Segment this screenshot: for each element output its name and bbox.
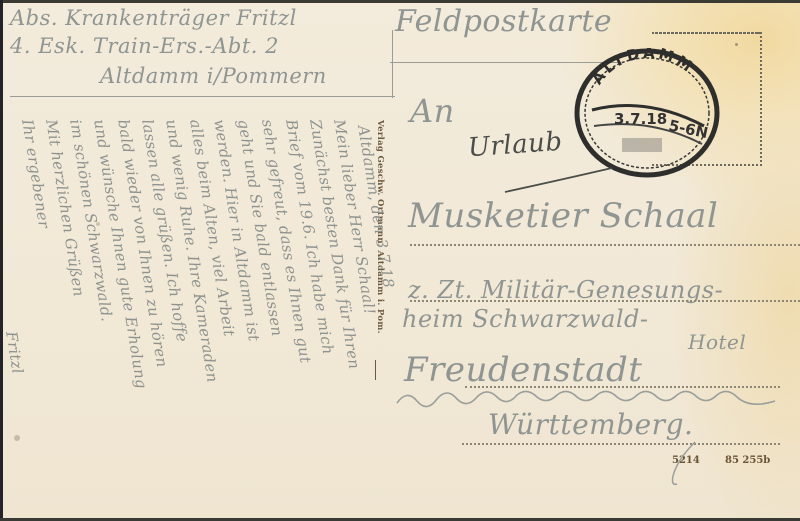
- card-number-right: 85 255b: [725, 455, 770, 466]
- address-line-6: Württemberg.: [488, 408, 693, 441]
- scan-edge-top: [0, 0, 800, 3]
- postmark-date: 3.7.18: [614, 110, 667, 128]
- address-line-1: Musketier Schaal: [408, 196, 718, 236]
- address-dotted-line-1: [410, 244, 800, 246]
- address-line-3: heim Schwarzwald-: [402, 305, 649, 333]
- scan-edge-left: [0, 0, 3, 521]
- svg-text:ALTDAMM: ALTDAMM: [588, 48, 698, 88]
- publisher-rule: [375, 360, 376, 380]
- postmark-time: 5-6N: [667, 116, 710, 142]
- paper-speck: [14, 435, 20, 441]
- sender-line-1: Abs. Krankenträger Fritzl: [10, 6, 297, 30]
- paper-speck: [735, 43, 738, 46]
- stamp-box-top-edge: [652, 32, 760, 34]
- postmark-place: ALTDAMM: [588, 48, 698, 88]
- message-signature: Fritzl: [2, 330, 26, 375]
- sender-vertical-rule: [392, 30, 393, 98]
- postcard: Abs. Krankenträger Fritzl 4. Esk. Train-…: [0, 0, 800, 521]
- address-dotted-line-2: [410, 300, 800, 302]
- sender-line-2: 4. Esk. Train-Ers.-Abt. 2: [10, 34, 279, 58]
- underline-stroke: [500, 150, 620, 200]
- sender-divider: [10, 96, 395, 97]
- address-line-4: Hotel: [688, 330, 746, 354]
- sender-line-3: Altdamm i/Pommern: [100, 64, 327, 88]
- address-dotted-line-4: [462, 443, 780, 445]
- card-title: Feldpostkarte: [395, 4, 612, 39]
- descender-stroke: [665, 440, 705, 490]
- paper-speck: [96, 222, 100, 226]
- address-line-5: Freudenstadt: [404, 350, 642, 390]
- address-salutation: An: [410, 92, 455, 130]
